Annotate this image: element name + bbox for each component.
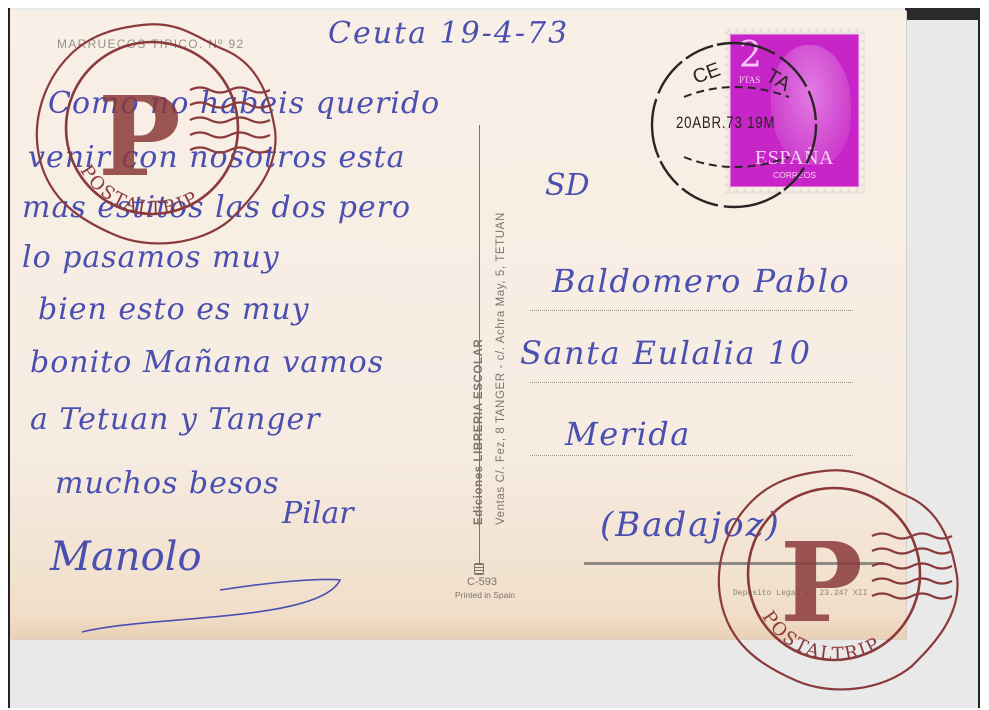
signature-manolo: Manolo bbox=[50, 534, 202, 580]
postmark-city: CE bbox=[690, 59, 724, 89]
address-street: Santa Eulalia 10 bbox=[520, 334, 811, 372]
address-line bbox=[530, 455, 853, 456]
series-title: MARRUECOS TIPICO. Nº 92 bbox=[57, 37, 244, 51]
address-city: Merida bbox=[565, 415, 691, 453]
publisher-logo-icon bbox=[474, 563, 484, 575]
message-line: venir con nosotros esta bbox=[28, 140, 406, 175]
handwritten-date: Ceuta 19-4-73 bbox=[328, 16, 569, 51]
address-salutation: SD bbox=[545, 168, 590, 203]
message-line: bien esto es muy bbox=[38, 292, 310, 327]
address-name: Baldomero Pablo bbox=[552, 262, 850, 300]
message-line: muchos besos bbox=[55, 466, 280, 501]
age-stain bbox=[10, 613, 906, 639]
publisher-imprint: Ediciones LIBRERIA ESCOLAR Ventas C/. Fe… bbox=[468, 105, 512, 525]
publisher-address: Ventas C/. Fez, 8 TANGER - c/. Achra May… bbox=[490, 105, 512, 525]
message-line: Como no habeis querido bbox=[48, 86, 440, 121]
address-line bbox=[530, 382, 853, 383]
message-line: lo pasamos muy bbox=[22, 240, 280, 275]
publisher-name: Ediciones LIBRERIA ESCOLAR bbox=[468, 105, 490, 525]
legal-deposit: Depósito Legal B. 23.247 XII bbox=[733, 589, 867, 598]
printed-in: Printed in Spain bbox=[440, 590, 530, 600]
message-line: a Tetuan y Tanger bbox=[30, 402, 321, 437]
address-line bbox=[530, 310, 853, 311]
signature-pilar: Pilar bbox=[282, 496, 354, 531]
message-line: bonito Mañana vamos bbox=[30, 345, 384, 380]
scanner-edge bbox=[905, 8, 980, 20]
postmark-date: 20ABR.73 19M bbox=[676, 113, 775, 133]
address-underline bbox=[584, 562, 884, 565]
address-province: (Badajoz) bbox=[600, 505, 781, 545]
message-line: mas estitos las dos pero bbox=[22, 190, 411, 225]
card-code: C-593 bbox=[447, 576, 517, 588]
